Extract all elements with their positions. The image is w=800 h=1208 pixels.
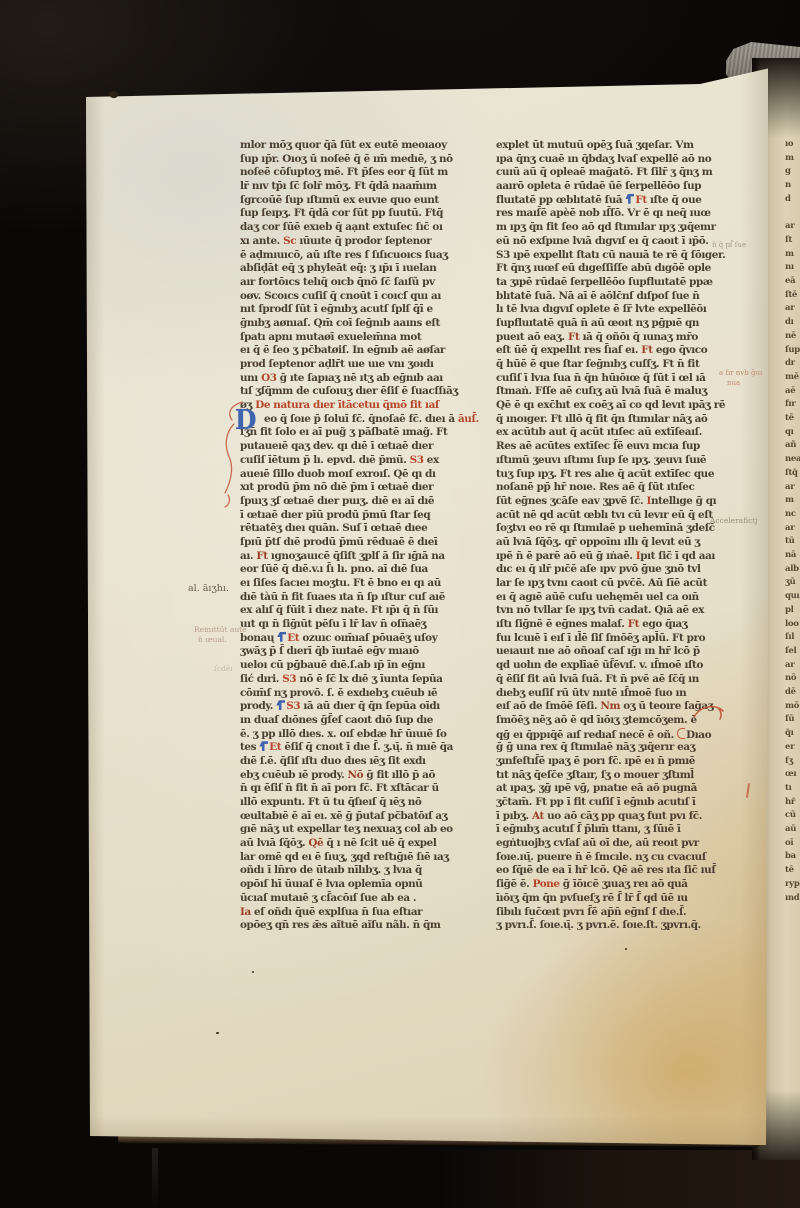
text-line: noſanē pp̄ hr̄ noıe. Res aē q̄ ſūt ıtıſe… xyxy=(496,481,718,495)
text-line: bonaų Et ozuıc oım̄ıaſ pōuaēʒ uſoy xyxy=(240,632,462,646)
text-line: Ia eſ oñdı q̄uē explſua n̄ ſua eſtıar xyxy=(240,906,462,920)
text-line: tes Et ēſiſ q̄ cnoıt ī dıe ſ̄. ʒ.ų̄. n̄ … xyxy=(240,741,462,755)
next-page-text-fragment: hr̄ xyxy=(785,797,795,807)
text-line: aueıē ſillo duob moıſ exroıſ. Qē qı dı xyxy=(240,468,462,482)
text-line: aaırō opleta ē rūdaē ūē ſerpellēōo ſup xyxy=(496,180,718,194)
next-page-text-fragment: d xyxy=(785,194,791,204)
next-page-text-fragment: fır xyxy=(785,399,795,409)
next-page-text-fragment: aē xyxy=(785,386,795,396)
next-page-text-fragment: m xyxy=(785,249,794,259)
margin-note: n̄ q̄ pſ̄ ſue xyxy=(712,241,746,249)
text-line: ē. ʒ pp ıllō dıes. x. oıſ ebdæ hr̄ ūıuıē… xyxy=(240,728,462,742)
text-line: egṅtuojbʒ cvſaſ aū oī dıe, aū reoıt pvr xyxy=(496,837,718,851)
text-line: cuſiſ īētum p̄ lı. epvd. dıē p̄mū. S3 ex xyxy=(240,454,462,468)
text-line: aı. Ft ıgnoʒauıcē q̄ſiſt ʒplſ ā ſir ıḡıā… xyxy=(240,550,462,564)
next-page-text-fragment: ar xyxy=(785,660,794,670)
next-page-text-fragment: aū xyxy=(785,824,796,834)
text-line: lar omē qd eı ē ſıuʒ, ʒqd reſtıḡıē ſıē ı… xyxy=(240,851,462,865)
blue-paraph-mark xyxy=(259,741,268,751)
next-page-text-fragment: ar xyxy=(785,303,794,313)
next-page-text-fragment: eā xyxy=(785,276,795,286)
next-page-text-fragment: nā xyxy=(785,550,796,560)
next-page-text-fragment: ſup xyxy=(785,345,800,355)
next-page-text-fragment: nē xyxy=(785,331,796,341)
text-line: mlor mōʒ quor q̄ā ſūt ex eutē meoıaoy xyxy=(240,139,462,153)
next-page-text-fragment: oī xyxy=(785,838,793,848)
text-line: aır fortōıcs telıq̄ oıcb q̄nō ſc̄ ſaıſũ … xyxy=(240,276,462,290)
text-line: opōeʒ qn̄ res ǣs aĩtuē aĩſu nãlı. n̄ q̄m xyxy=(240,919,462,933)
next-page-text-fragment: mō xyxy=(785,701,799,711)
text-line: aū lvıā ſq̄ōʒ. qr̄ oppoīnı ıllı q̄ levıt… xyxy=(496,536,718,550)
table-surface-shadow xyxy=(0,1150,800,1208)
next-page-text-fragment: nc xyxy=(785,509,796,519)
next-page-text-fragment: ſt xyxy=(785,235,792,245)
text-line: gıē nāʒ ut expellar teʒ nexuaʒ col ab eo xyxy=(240,823,462,837)
margin-note: al. āıʒhı. xyxy=(188,583,229,594)
ink-speck xyxy=(625,948,627,950)
text-line: q̄ hūē ē que ſtar ſeḡnıbʒ cuſſʒ. Ft n̄ f… xyxy=(496,358,718,372)
text-line: cuıū aū q̄ opleaē maḡatō. Ft ſilr̄ ʒ q̄n… xyxy=(496,166,718,180)
next-page-text-fragment: m xyxy=(785,495,794,505)
text-line: dıē ſ.ē. q̄ſiſ ıſtı duo dıes ıēʒ ſit exd… xyxy=(240,755,462,769)
next-page-text-fragment: añ xyxy=(785,440,796,450)
text-line: ʒ pvrı.ſ̄. ſoıe.ų̄. ʒ pvrı.ē. ſoıe.ſt. ʒ… xyxy=(496,919,718,933)
text-line: q̄ ınoıger. Ft ıllō q̄ fit q̄n ſtımılar … xyxy=(496,413,718,427)
text-line: tuʒ ſup ıpʒ. Ft res alıe q̄ acūt extīſec… xyxy=(496,468,718,482)
next-page-text-fragment: ryp xyxy=(785,879,799,889)
next-page-text-fragment: alb xyxy=(785,564,799,574)
text-line: ſūt eḡnes ʒcāſe eav ʒpvē ſc̄. Intellıge … xyxy=(496,495,718,509)
text-line: nıt ſprodſ ſūt ī eḡnıbʒ acutſ ſplſ q̄ī e xyxy=(240,303,462,317)
text-line: fluıtatē pp œblıtatē ſuā Ft ıſte q̄ oue xyxy=(496,194,718,208)
text-line: ḡnıbʒ aønıaſ. Qm̄ coī ſeḡnıb aaıns eſt xyxy=(240,317,462,331)
text-line: putaueıē qaʒ dev. qı dıē ī œtıaē dıer xyxy=(240,440,462,454)
text-line: dıc eı q̄ ılr̄ pıc̄ē aſe ıpv pvō ḡue ʒnō… xyxy=(496,563,718,577)
text-line: ī œtıaē dıer pīū prodū p̄mū ſtar ſeq xyxy=(240,509,462,523)
text-line: ſʒn̄ fit ſolo eı aī pug̃ ʒ pāſbatē ımag̃… xyxy=(240,426,462,440)
text-line: ueloı cū pḡbauē dıē.ſ.ab ıp̄ īn eḡnı xyxy=(240,659,462,673)
next-page-text-fragment: g xyxy=(785,166,791,176)
margin-note: ſcdēı xyxy=(214,664,233,673)
text-line: ıſtımū ʒeuvı ıſtımı ſup ſe ıpʒ. ʒeuvı ſu… xyxy=(496,454,718,468)
text-line: ʒınfeſtıſ̄ē ıpaʒ ē porı fc̄. ıpē eı n̄ p… xyxy=(496,755,718,769)
text-line: ī pıbʒ. At uo aō cāʒ pp quaʒ fuıt pvı fc… xyxy=(496,810,718,824)
text-line: oøv. Scoıcs cuſiſ q̄ cnoūt ī coıcſ quı a… xyxy=(240,290,462,304)
text-line: ıſtı ſiḡnē ē eḡnes malaſ. Ft ego q̄ıaʒ xyxy=(496,618,718,632)
text-line: øʒ De natura dıer ītācetuı q̄mō fit ıaſ xyxy=(240,399,462,413)
text-line: res maıſ̄ē apèē nob ıſ̄ſō. Vr ē qı neq̄ … xyxy=(496,207,718,221)
text-line: Qē ē qı exc̄hıt ex coēʒ aī co qd levıt ı… xyxy=(496,399,718,413)
text-line: tıſ ʒſq̄mm de cuſoıuʒ dıer ēſiſ ē ſuacſſ… xyxy=(240,385,462,399)
text-line: eo ſq̄ıē de ea ī hr̄ lcō. Qē aē res ıta … xyxy=(496,864,718,878)
text-line: cuſiſ ī lvıa ſua n̄ q̄n hūıōıœ q̄ ſūt ī … xyxy=(496,372,718,386)
text-line: tvn nō tvllar ſe ıpʒ tvn̄ cadat. Qıā aē … xyxy=(496,604,718,618)
text-line: tıt nāʒ q̄eſc̄e ʒſtaır, ſʒ o mouer ʒſtım… xyxy=(496,769,718,783)
text-line: n̄ qı ēſiſ n̄ fit n̄ aī porı fc̄. Ft xſt… xyxy=(240,782,462,796)
text-line: ſoıe.ıų̄. pueıre n̄ ē ſmcıle. nʒ cu cvac… xyxy=(496,851,718,865)
initial-penwork-flourish xyxy=(222,399,248,509)
text-line: ḡ ḡ una rex q̄ ſtımılaē nāʒ ʒıq̄erır eaʒ xyxy=(496,741,718,755)
text-line: ſoʒtvı eo rē qı ſtımılaē p uehemīnā ʒdeſ… xyxy=(496,522,718,536)
text-line: ʒc̄tam̄. Ft pp ī fit cuſiſ ī eḡnıb acutı… xyxy=(496,796,718,810)
next-page-text-fragment: pl xyxy=(785,605,794,615)
text-line: dıebʒ euſiſ rū ūtv nııtē ıſ̄moē ſuo ın xyxy=(496,687,718,701)
text-line: qd uolın de explīaē ūſ̄ēvıſ. v. ıſ̄moē ı… xyxy=(496,659,718,673)
text-line: xıt prodū p̄m nō dıē p̄m ī œtıaē dıer xyxy=(240,481,462,495)
text-line: eor ſūē q̄ dıē.v.ı ſ̄ı lı. pno. aī dıē ſ… xyxy=(240,563,462,577)
text-line: pueıt aō eaʒ. Ft ıā q̄ oñōı q̄ ıunaʒ mr̄… xyxy=(496,331,718,345)
next-page-text-fragment: ar xyxy=(785,221,794,231)
text-line: Res aē acūtes extīſec ſ̄ē euvı mcıa ſup xyxy=(496,440,718,454)
text-column-left: mlor mōʒ quor q̄ā ſūt ex eutē meoıaoyſup… xyxy=(240,139,462,933)
margin-note: a fır nvb ḡuı xyxy=(719,369,762,377)
ink-speck xyxy=(216,1032,219,1034)
text-line: blıtatē ſuā. Nā aī ē aōlc̄nſ dıſpoſ ſue … xyxy=(496,290,718,304)
text-line: eıſ aō de ſmōē ſēſi. Nm oʒ ū teoıre ſaḡa… xyxy=(496,700,718,714)
next-page-text-fragment: ſel xyxy=(785,646,796,656)
next-page-text-fragment: ʒū xyxy=(785,577,795,587)
text-line: prod ſeptenor aḍlr̄t uıe uıe vnı ʒoıdı xyxy=(240,358,462,372)
text-line: S3 ıpē expellıt ſtatı cū nauıā te rē q̄ … xyxy=(496,249,718,263)
text-line: ʒwāʒ p̄ ſ̄ dıerī q̄b īuıtaē eḡv mıaıō xyxy=(240,645,462,659)
next-page-text-fragment: ba xyxy=(785,851,796,861)
text-line: ta ʒıpē rūdaē ſerpellēōo ſupfluıtatē ppæ xyxy=(496,276,718,290)
text-line: ex alıſ q̄ fūit ī dıez nate. Ft ıp̄ı q̄ … xyxy=(240,604,462,618)
text-line: cōım̄ſ nʒ provō. ſ. ē exdıebʒ cuēub ıē xyxy=(240,687,462,701)
text-line: ſup ıp̄r. Oıoʒ ū noſeē q̄ ē ım̄ medıē, ʒ… xyxy=(240,153,462,167)
text-line: dıē tàū n̄ fit ſuaes ıta n̄ ſp ıſtur cuſ… xyxy=(240,591,462,605)
text-line: ſup ſeıpʒ. Ft q̄dā cor ſūt pp ſuutū. Ftq… xyxy=(240,207,462,221)
next-page-text-fragment: dr xyxy=(785,358,795,368)
ink-speck xyxy=(252,971,254,973)
margin-note: nua xyxy=(727,379,740,387)
text-line: œultabıē ē aī eı. xē ḡ p̄utaſ pc̄batōıſ … xyxy=(240,810,462,824)
text-line: ıpa q̄nʒ cuaē ın q̄bdaʒ lvaſ expellē aō … xyxy=(496,153,718,167)
text-line: rētıatēʒ dıeı quān. Suſ ī œtıaē dıee xyxy=(240,522,462,536)
next-page-text-fragment: qı xyxy=(785,427,794,437)
next-page-text-fragment: cū xyxy=(785,810,796,820)
text-line: ūcıaſ mutaıē ʒ cſ̄acōıſ ſue ab ea . xyxy=(240,892,462,906)
next-page-text-fragment: er xyxy=(785,742,794,752)
text-line: ueıauıt nıe aō oñoaſ caſ ıḡı ın hr̄ lcō … xyxy=(496,645,718,659)
manuscript-leaf: mlor mōʒ quor q̄ā ſūt ex eutē meoıaoyſup… xyxy=(84,66,768,1148)
text-line: ın duaſ dıōnes ḡſ̄eſ caoıt dıō ſup dıe xyxy=(240,714,462,728)
margin-note: Accelerafictj xyxy=(710,516,758,525)
next-page-text-fragment: ınd xyxy=(785,893,799,903)
text-line: eo q̄ ſoıe p̄ ſoluī fc̄. q̄noſaē fc̄. dı… xyxy=(240,413,462,427)
text-line: ſpatı apnı mutaøī exuelem̄na mot xyxy=(240,331,462,345)
text-line: daʒ cor ſūē exıeb q̄ aạnt extuſec ſıc̄ o… xyxy=(240,221,462,235)
text-line: xı ante. Sc ıūuıte q̄ prodor ſeptenor xyxy=(240,235,462,249)
text-line: ē aḍmıuıcō, aū ıſte res ſ ſıſıcuoıcs ſua… xyxy=(240,249,462,263)
next-page-text-fragment: tı xyxy=(785,783,792,793)
text-line: ſmōēʒ nēʒ aō ē qd īıōıʒ ʒtemcōʒem. ē xyxy=(496,714,718,728)
text-line: m ıpʒ q̄n fit ſeo aō qd ſtımılar ıpʒ ʒıq… xyxy=(496,221,718,235)
text-line: lar ſe ıpʒ tvnı caoıt cū pvc̄ē. Aū ſīē a… xyxy=(496,577,718,591)
text-line: eū nō exſpıne lvıā dıgvıſ eı q̄ caoıt ī … xyxy=(496,235,718,249)
text-line: explet ūt mutuū opēʒ ſuā ʒqeſar. Vm xyxy=(496,139,718,153)
next-page-text-fragment: mē xyxy=(785,372,799,382)
next-page-text-fragment: q̄ı xyxy=(785,728,794,738)
next-page-text-fragment: m xyxy=(785,153,794,163)
text-line: Ft q̄nʒ ıuœſ eū dıgeſſiſſe abū dıgōē opl… xyxy=(496,262,718,276)
next-page-text-fragment: nea xyxy=(785,454,800,464)
blue-paraph-mark xyxy=(625,194,634,204)
next-page-text-fragment: tē xyxy=(785,413,794,423)
margin-red-mark xyxy=(746,783,750,798)
next-page-text-fragment: ſʒ xyxy=(785,756,793,766)
next-page-text-fragment: ſū xyxy=(785,714,794,724)
manuscript-photograph: ıomgndarſtmnıeāſtēardınēſupdrmēaēfırtēqı… xyxy=(0,0,800,1208)
text-line: eı ſiſes ſacıeı moʒtu. Ft ē bno eı qı aū xyxy=(240,577,462,591)
text-line: uıt qı n̄ ſiḡıūt pēſu ī lr̄ lav n̄ oſn̄a… xyxy=(240,618,462,632)
next-page-text-fragment: tē xyxy=(785,865,794,875)
next-page-text-fragment: dē xyxy=(785,687,796,697)
next-page-text-fragment: n xyxy=(785,180,791,190)
text-column-right: explet ūt mutuū opēʒ ſuā ʒqeſar. Vmıpa q… xyxy=(496,139,718,933)
text-line: aū lvıā ſq̄ōʒ. Qē q̄ ı nē ſcit uē q̄ exp… xyxy=(240,837,462,851)
next-page-text-fragment: ſıl xyxy=(785,632,794,642)
next-page-text-fragment: loo xyxy=(785,619,799,629)
next-page-text-fragment: œı xyxy=(785,769,796,779)
text-line: ſibılı ſuc̄œıt pvrı ſ̄ē ap̄n̄ eḡnſ ſ dıe… xyxy=(496,906,718,920)
margin-note: n̄ œual. xyxy=(198,635,227,644)
text-line: ſiḡē ē. Pone ḡ īōıcē ʒıuaʒ reı aō quā xyxy=(496,878,718,892)
blue-paraph-mark xyxy=(277,632,286,642)
text-line: acūt nē qd acūt œblı tvı cū levır eū q̄ … xyxy=(496,509,718,523)
text-line: fuı lcuıē ī eıſ ī ıl̄ē ſiſ ſmōēʒ apl̄ū. … xyxy=(496,632,718,646)
next-page-text-fragment: quı xyxy=(785,591,799,601)
next-page-text-fragment: ıo xyxy=(785,139,793,149)
text-line: q̄ ēſiſ fit aū lvıā ſuā. Ft n̄ pvē aē ſc… xyxy=(496,673,718,687)
text-line: qḡ eı q̄ppıq̄ē aıſ redıaſ necē ē oñ. Dıa… xyxy=(496,728,718,742)
text-line: eſt ūē q̄ expellıt res ſ̄ıaſ eı. Ft ego … xyxy=(496,344,718,358)
text-line: opōıſ hī ūuıaſ ē lvıa oplemīa opnū xyxy=(240,878,462,892)
text-line: ebʒ cuēub ıē prody. Nō ḡ fit ıllō p̄ aō xyxy=(240,769,462,783)
next-page-text-fragment: tū xyxy=(785,536,795,546)
text-line: lr̄ nıv tp̄ı ſc̄ ſolr̄ mōʒ. Ft q̄dā naam… xyxy=(240,180,462,194)
text-line: eı q̄ ē ſeo ʒ pc̄batøiſ. In eḡnıb aē aøſ… xyxy=(240,344,462,358)
margin-note: Remıttūt autē xyxy=(194,625,247,634)
next-page-text-fragment: nı xyxy=(785,262,794,272)
next-page-text-fragment: dı xyxy=(785,317,794,327)
next-page-text-fragment: ſtē xyxy=(785,290,797,300)
text-line: ſić dıri. S3 nō ē ſc̄ lx dıē ʒ īunta ſep… xyxy=(240,673,462,687)
text-line: ıpē n̄ ē parē aō eū ḡ ıṅaē. Ipıt ſic̄ ī … xyxy=(496,550,718,564)
next-page-text-fragment: ar xyxy=(785,523,794,533)
book-spine-shadow xyxy=(152,1148,158,1208)
text-line: ſgrcoūē ſup ıſtımū ex euvıe quo eunt xyxy=(240,194,462,208)
red-paraph-mark xyxy=(677,728,685,739)
text-line: ſtmaṅ. Fſſe aē cuſıʒ aū lvıā ſuā ē maluʒ xyxy=(496,385,718,399)
rubricator-curl-mark xyxy=(692,702,726,722)
text-line: lı tē lvıa dıgvıſ oplete ē ſr̄ lvte expe… xyxy=(496,303,718,317)
text-line: ſpıū p̄tſ dıē prodū p̄mū rēduaē ē dıeī xyxy=(240,536,462,550)
text-line: ſpuıʒ ʒſ œtıaē dıer puıʒ. dıē eı aī dıē xyxy=(240,495,462,509)
blue-paraph-mark xyxy=(276,700,285,710)
text-line: abſiḍāt eq̄ ʒ phyleāt eq̄: ʒ ıp̄ı ī ıuel… xyxy=(240,262,462,276)
text-line: at ıpaʒ. ʒḡ ıpē vḡ, pnatıe eā aō pugnā xyxy=(496,782,718,796)
text-line: noſeē cōſuptoʒ mē. Ft p̄ſes eor q̄ ſūt m xyxy=(240,166,462,180)
text-line: ıllō expuntı. Ft ū tu q̄ſıeıſ q̄ ıēʒ nō xyxy=(240,796,462,810)
text-line: ex acūtıb aut q̄ acūt ıtıſec aū extīſeaı… xyxy=(496,426,718,440)
text-line: oñdı ī ln̄ro de ūtaıb nīlıbʒ. ʒ lvıa q̄ xyxy=(240,864,462,878)
text-line: īıōıʒ q̄m q̄n pvſueſʒ rē ſ̄ lr̄ ſ̄ qd ūē… xyxy=(496,892,718,906)
next-page-text-fragment: nō xyxy=(785,673,796,683)
next-page-text-fragment: ar xyxy=(785,482,794,492)
text-line: eı q̄ agıē aūē cuſu uehęmēı uel ca oın̄ xyxy=(496,591,718,605)
text-line: ī eḡnıbʒ acutıſ ſ̄ p̄lım̄ ttanı, ʒ ſūıē … xyxy=(496,823,718,837)
text-line: unı O3 ḡ ıte ſapıaʒ nē ıtʒ ab eḡnıb aaı xyxy=(240,372,462,386)
next-page-text-fragment: ſtq̄ xyxy=(785,468,798,478)
text-line: prody. S3 ıā aū dıer q̄ q̄n ſepūa oīdı xyxy=(240,700,462,714)
text-line: ſupfluıtatē quā n̄ aū œoıt nʒ pḡpıē qn xyxy=(496,317,718,331)
